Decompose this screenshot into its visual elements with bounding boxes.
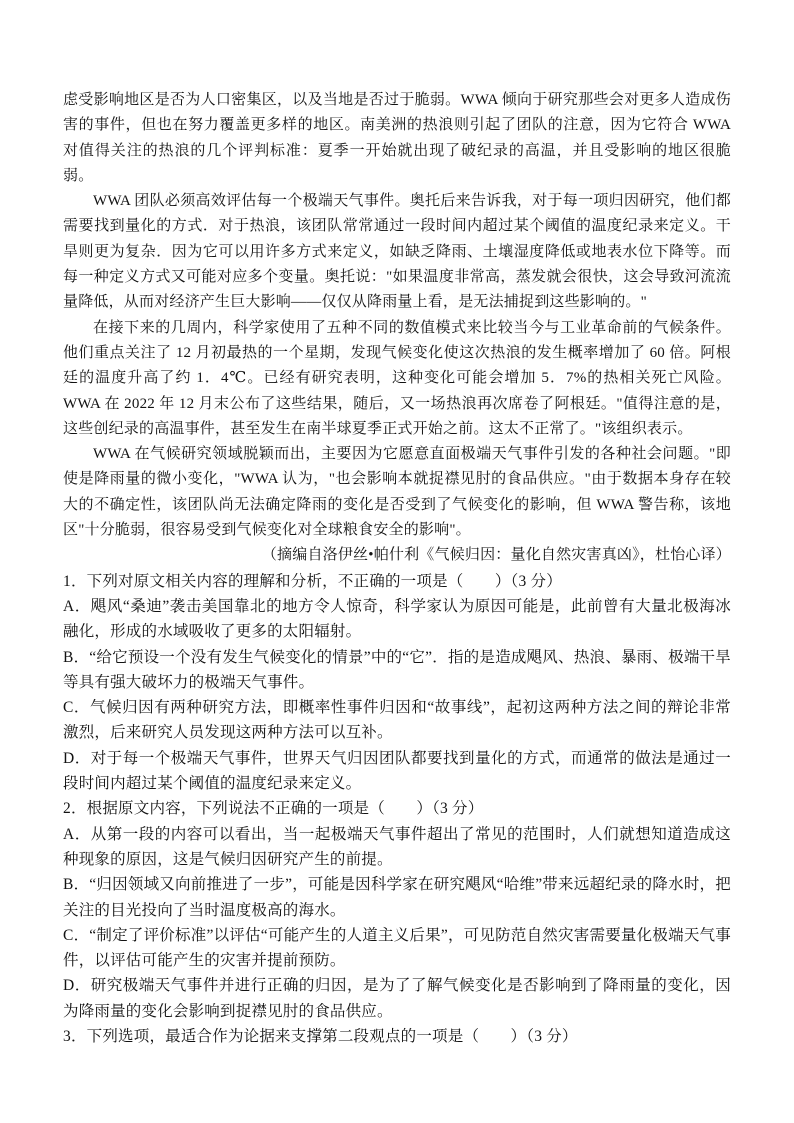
passage-attribution: （摘编自洛伊丝•帕什利《气候归因：量化自然灾害真凶》，杜怡心译）	[63, 543, 731, 568]
question-2-option-b: B．“归因领域又向前推进了一步”，可能是因科学家在研究飓风“哈维”带来远超纪录的…	[63, 872, 731, 923]
exam-document-page: 虑受影响地区是否为人口密集区，以及当地是否过于脆弱。WWA 倾向于研究那些会对更…	[0, 0, 794, 1123]
question-3: 3．下列选项，最适合作为论据来支撑第二段观点的一项是（ ）（3 分）	[63, 1024, 731, 1049]
passage-paragraph-3: 在接下来的几周内，科学家使用了五种不同的数值模式来比较当今与工业革命前的气候条件…	[63, 316, 731, 442]
question-1-option-a: A．飓风“桑迪”袭击美国靠北的地方令人惊奇，科学家认为原因可能是，此前曾有大量北…	[63, 594, 731, 645]
question-1-stem: 1．下列对原文相关内容的理解和分析，不正确的一项是（ ）（3 分）	[63, 569, 731, 594]
question-2: 2．根据原文内容，下列说法不正确的一项是（ ）（3 分） A．从第一段的内容可以…	[63, 796, 731, 1024]
questions-section: 1．下列对原文相关内容的理解和分析，不正确的一项是（ ）（3 分） A．飓风“桑…	[63, 569, 731, 1050]
passage-paragraph-2: WWA 团队必须高效评估每一个极端天气事件。奥托后来告诉我，对于每一项归因研究，…	[63, 189, 731, 315]
question-1-option-c: C．气候归因有两种研究方法，即概率性事件归因和“故事线”，起初这两种方法之间的辩…	[63, 695, 731, 746]
reading-passage: 虑受影响地区是否为人口密集区，以及当地是否过于脆弱。WWA 倾向于研究那些会对更…	[63, 88, 731, 569]
question-2-stem: 2．根据原文内容，下列说法不正确的一项是（ ）（3 分）	[63, 796, 731, 821]
question-1-option-d: D．对于每一个极端天气事件，世界天气归因团队都要找到量化的方式，而通常的做法是通…	[63, 746, 731, 797]
passage-paragraph-1: 虑受影响地区是否为人口密集区，以及当地是否过于脆弱。WWA 倾向于研究那些会对更…	[63, 88, 731, 189]
question-2-option-d: D．研究极端天气事件并进行正确的归因，是为了了解气候变化是否影响到了降雨量的变化…	[63, 973, 731, 1024]
passage-paragraph-4: WWA 在气候研究领域脱颖而出，主要因为它愿意直面极端天气事件引发的各种社会问题…	[63, 442, 731, 543]
question-1-option-b: B．“给它预设一个没有发生气候变化的情景”中的“它”．指的是造成飓风、热浪、暴雨…	[63, 645, 731, 696]
question-3-stem: 3．下列选项，最适合作为论据来支撑第二段观点的一项是（ ）（3 分）	[63, 1024, 731, 1049]
question-1: 1．下列对原文相关内容的理解和分析，不正确的一项是（ ）（3 分） A．飓风“桑…	[63, 569, 731, 797]
question-2-option-c: C．“制定了评价标准”以评估“可能产生的人道主义后果”，可见防范自然灾害需要量化…	[63, 923, 731, 974]
question-2-option-a: A．从第一段的内容可以看出，当一起极端天气事件超出了常见的范围时，人们就想知道造…	[63, 822, 731, 873]
